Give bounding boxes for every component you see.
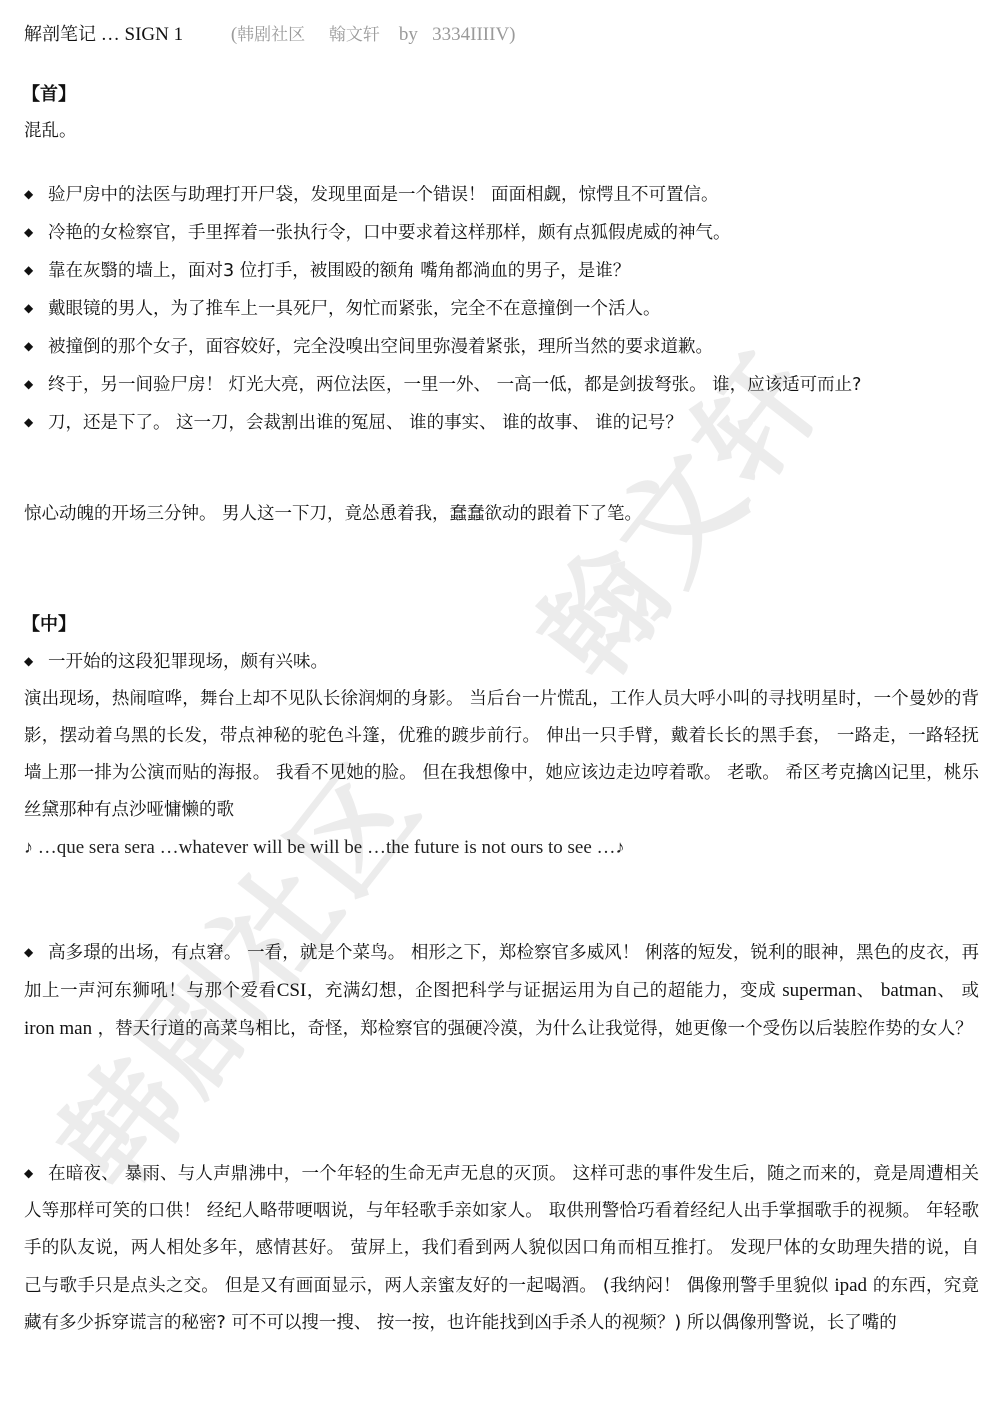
term-batman: batman bbox=[881, 980, 937, 1001]
credit-by: by bbox=[399, 24, 418, 45]
list-item: ◆被撞倒的那个女子，面容姣好，完全没嗅出空间里弥漫着紧张，理所当然的要求道歉。 bbox=[24, 328, 979, 366]
section-head: 【首】 混乱。 bbox=[24, 76, 979, 150]
document-title: 解剖笔记 … SIGN 1 bbox=[24, 24, 183, 45]
list-item: ◆在暗夜、 暴雨、与人声鼎沸中，一个年轻的生命无声无息的灭顶。 这样可悲的事件发… bbox=[24, 1155, 979, 1342]
diamond-bullet-icon: ◆ bbox=[24, 252, 48, 289]
song-lyric-line: ♪ …que sera sera …whatever will be will … bbox=[24, 837, 625, 858]
title-cjk: 解剖笔记 bbox=[24, 24, 96, 45]
diamond-bullet-icon: ◆ bbox=[24, 366, 48, 403]
section-head-label: 【首】 bbox=[22, 76, 979, 113]
song-lyric-text: …que sera sera …whatever will be will be… bbox=[33, 837, 616, 858]
list-item-text: 验尸房中的法医与助理打开尸袋，发现里面是一个错误！ 面面相觑，惊愕且不可置信。 bbox=[48, 185, 719, 205]
section-middle: 【中】 ◆一开始的这段犯罪现场，颇有兴味。 演出现场，热闹喧哗，舞台上却不见队长… bbox=[24, 606, 979, 867]
list-item: ◆刀，还是下了。 这一刀，会裁割出谁的冤屈、 谁的事实、 谁的故事、 谁的记号？ bbox=[24, 404, 979, 442]
list-item-text: 刀，还是下了。 这一刀，会裁割出谁的冤屈、 谁的事实、 谁的故事、 谁的记号？ bbox=[48, 413, 683, 433]
list-item-text: ，替天行道的高菜鸟相比，奇怪，郑检察官的强硬冷漠，为什么让我觉得，她更像一个受伤… bbox=[92, 1019, 973, 1039]
term-ipad: ipad bbox=[834, 1275, 867, 1296]
music-note-icon: ♪ bbox=[616, 837, 625, 857]
term-ironman: iron man bbox=[24, 1018, 92, 1039]
credit-author: 3334IIIIV) bbox=[432, 24, 515, 45]
list-item: ◆戴眼镜的男人，为了推车上一具死尸，匆忙而紧张，完全不在意撞倒一个活人。 bbox=[24, 290, 979, 328]
credit-group: 翰文轩 bbox=[329, 25, 380, 45]
diamond-bullet-icon: ◆ bbox=[24, 934, 48, 971]
document-header: 解剖笔记 … SIGN 1 (韩剧社区 翰文轩 by 3334IIIIV) bbox=[24, 20, 516, 46]
list-item-text: 靠在灰翳的墙上，面对3 位打手，被围殴的额角 嘴角都淌血的男子，是谁？ bbox=[48, 261, 630, 281]
bullet-dark-night: ◆在暗夜、 暴雨、与人声鼎沸中，一个年轻的生命无声无息的灭顶。 这样可悲的事件发… bbox=[24, 1155, 979, 1342]
list-item-text: 终于，另一间验尸房！ 灯光大亮，两位法医，一里一外、 一高一低，都是剑拔弩张。 … bbox=[48, 375, 861, 395]
section-head-bullets: ◆验尸房中的法医与助理打开尸袋，发现里面是一个错误！ 面面相觑，惊愕且不可置信。… bbox=[24, 176, 979, 442]
diamond-bullet-icon: ◆ bbox=[24, 643, 48, 680]
list-item-text: ，充满幻想，企图把科学与证据运用为自己的超能力，变成 bbox=[306, 981, 782, 1001]
list-item: ◆靠在灰翳的墙上，面对3 位打手，被围殴的额角 嘴角都淌血的男子，是谁？ bbox=[24, 252, 979, 290]
section-head-summary: 混乱。 bbox=[24, 113, 979, 150]
credit-line: (韩剧社区 翰文轩 by 3334IIIIV) bbox=[231, 24, 516, 45]
list-item-text: 戴眼镜的男人，为了推车上一具死尸，匆忙而紧张，完全不在意撞倒一个活人。 bbox=[48, 299, 661, 319]
music-note-icon: ♪ bbox=[24, 837, 33, 857]
term-csi: CSI bbox=[277, 980, 307, 1001]
term-superman: superman bbox=[782, 980, 856, 1001]
credit-site: 韩剧社区 bbox=[237, 25, 305, 45]
list-item: ◆高多璟的出场，有点窘。 一看，就是个菜鸟。 相形之下，郑检察官多威风！ 俐落的… bbox=[24, 934, 979, 1048]
section-middle-label: 【中】 bbox=[22, 606, 979, 643]
list-item-text: 、 或 bbox=[937, 981, 979, 1001]
diamond-bullet-icon: ◆ bbox=[24, 404, 48, 441]
list-item-text: 、 bbox=[856, 981, 881, 1001]
diamond-bullet-icon: ◆ bbox=[24, 176, 48, 213]
bullet-go-dakyung: ◆高多璟的出场，有点窘。 一看，就是个菜鸟。 相形之下，郑检察官多威风！ 俐落的… bbox=[24, 934, 979, 1048]
section-head-closing: 惊心动魄的开场三分钟。 男人这一下刀，竟怂恿着我，蠢蠢欲动的跟着下了笔。 bbox=[24, 496, 979, 533]
diamond-bullet-icon: ◆ bbox=[24, 1155, 48, 1192]
diamond-bullet-icon: ◆ bbox=[24, 328, 48, 365]
list-item-text: 冷艳的女检察官，手里挥着一张执行令，口中要求着这样那样，颇有点狐假虎威的神气。 bbox=[48, 223, 731, 243]
paragraph-opening-scene: 演出现场，热闹喧哗，舞台上却不见队长徐润炯的身影。 当后台一片慌乱，工作人员大呼… bbox=[24, 681, 979, 829]
list-item-text: 被撞倒的那个女子，面容姣好，完全没嗅出空间里弥漫着紧张，理所当然的要求道歉。 bbox=[48, 337, 713, 357]
list-item: ◆一开始的这段犯罪现场，颇有兴味。 bbox=[24, 643, 979, 681]
list-item: ◆验尸房中的法医与助理打开尸袋，发现里面是一个错误！ 面面相觑，惊愕且不可置信。 bbox=[24, 176, 979, 214]
title-sign: … SIGN 1 bbox=[96, 24, 183, 45]
closing-paragraph: 惊心动魄的开场三分钟。 男人这一下刀，竟怂恿着我，蠢蠢欲动的跟着下了笔。 bbox=[24, 504, 642, 524]
diamond-bullet-icon: ◆ bbox=[24, 290, 48, 327]
diamond-bullet-icon: ◆ bbox=[24, 214, 48, 251]
list-item: ◆终于，另一间验尸房！ 灯光大亮，两位法医，一里一外、 一高一低，都是剑拔弩张。… bbox=[24, 366, 979, 404]
list-item: ◆冷艳的女检察官，手里挥着一张执行令，口中要求着这样那样，颇有点狐假虎威的神气。 bbox=[24, 214, 979, 252]
list-item-text: 一开始的这段犯罪现场，颇有兴味。 bbox=[48, 652, 328, 672]
